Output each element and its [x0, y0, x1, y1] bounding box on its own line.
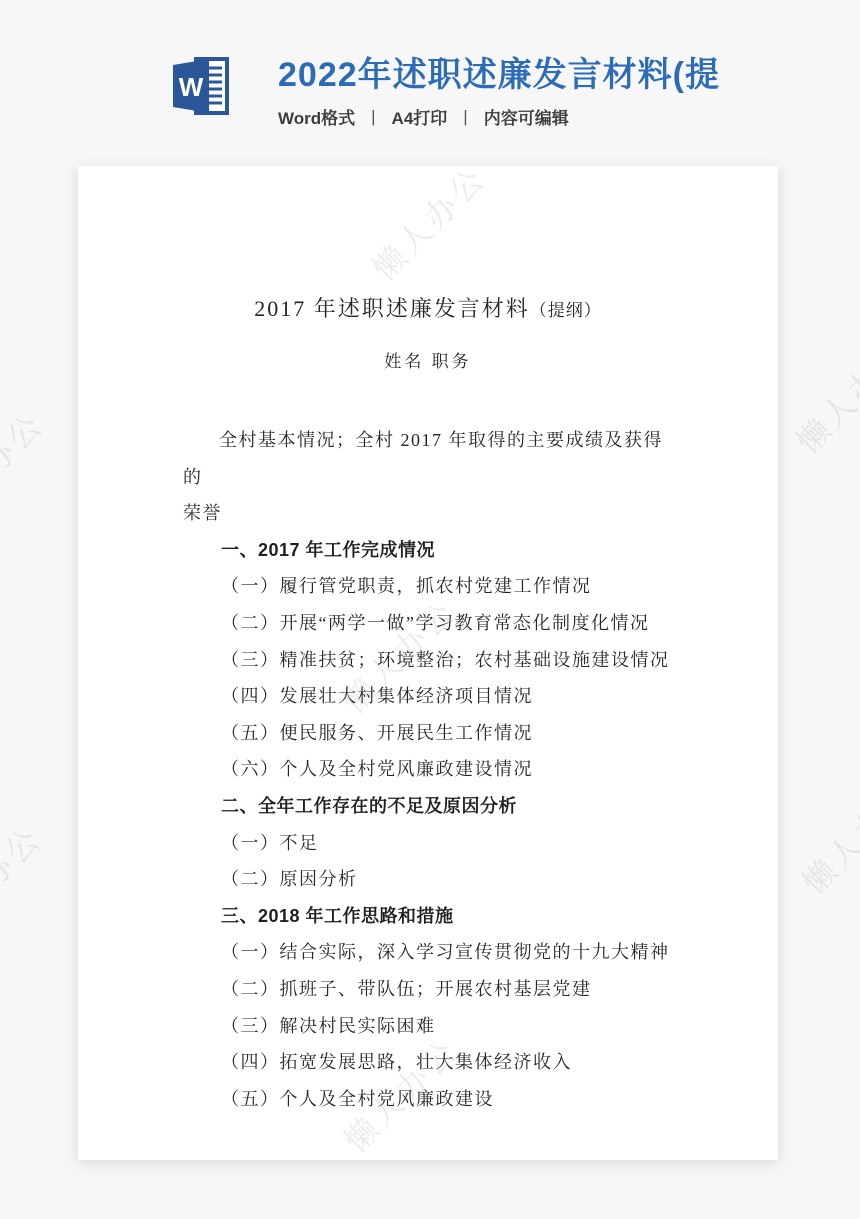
watermark: 懒人办公 — [0, 815, 51, 949]
watermark: 懒人办公 — [791, 769, 860, 903]
outline-item: （二）抓班子、带队伍；开展农村基层党建 — [183, 971, 673, 1008]
outline-item: （三）精准扶贫；环境整治；农村基础设施建设情况 — [183, 642, 673, 679]
section-heading-3: 三、2018 年工作思路和措施 — [183, 898, 673, 935]
document-title: 2017 年述职述廉发言材料（提纲） — [183, 293, 673, 327]
section-heading-2: 二、全年工作存在的不足及原因分析 — [183, 788, 673, 825]
section-heading-1: 一、2017 年工作完成情况 — [183, 532, 673, 569]
feature-editable: 内容可编辑 — [484, 104, 569, 129]
feature-word-format: Word格式 — [278, 104, 355, 129]
outline-item: （二）原因分析 — [183, 861, 673, 898]
outline-item: （四）拓宽发展思路，壮大集体经济收入 — [183, 1044, 673, 1081]
document-title-note: （提纲） — [530, 301, 602, 320]
outline-item: （五）个人及全村党风廉政建设 — [183, 1081, 673, 1118]
document-body: 全村基本情况；全村 2017 年取得的主要成绩及获得的 荣誉 一、2017 年工… — [183, 422, 673, 1117]
watermark: 懒人办公 — [785, 328, 860, 462]
watermark: 懒人办公 — [0, 401, 53, 535]
separator: | — [463, 107, 467, 127]
feature-a4-print: A4打印 — [392, 104, 448, 129]
paragraph-line: 荣誉 — [183, 495, 673, 532]
outline-item: （二）开展“两学一做”学习教育常态化制度化情况 — [183, 605, 673, 642]
document-byline: 姓名 职务 — [183, 347, 673, 372]
outline-item: （一）不足 — [183, 825, 673, 862]
outline-item: （一）履行管党职责，抓农村党建工作情况 — [183, 568, 673, 605]
outline-item: （三）解决村民实际困难 — [183, 1008, 673, 1045]
feature-list: Word格式 | A4打印 | 内容可编辑 — [278, 104, 720, 129]
document-content: 2017 年述职述廉发言材料（提纲） 姓名 职务 全村基本情况；全村 2017 … — [78, 166, 778, 1160]
outline-item: （四）发展壮大村集体经济项目情况 — [183, 678, 673, 715]
outline-item: （六）个人及全村党风廉政建设情况 — [183, 751, 673, 788]
page-title: 2022年述职述廉发言材料(提 — [278, 55, 720, 95]
svg-text:W: W — [179, 72, 204, 102]
header: W 2022年述职述廉发言材料(提 Word格式 | A4打印 | 内容可编辑 — [168, 55, 720, 129]
outline-item: （一）结合实际，深入学习宣传贯彻党的十九大精神 — [183, 934, 673, 971]
paragraph-line: 全村基本情况；全村 2017 年取得的主要成绩及获得的 — [183, 422, 673, 495]
document-page: 2017 年述职述廉发言材料（提纲） 姓名 职务 全村基本情况；全村 2017 … — [78, 166, 778, 1160]
separator: | — [371, 107, 375, 127]
outline-item: （五）便民服务、开展民生工作情况 — [183, 715, 673, 752]
document-title-main: 2017 年述职述廉发言材料 — [254, 296, 530, 321]
word-logo-icon: W — [168, 55, 232, 117]
